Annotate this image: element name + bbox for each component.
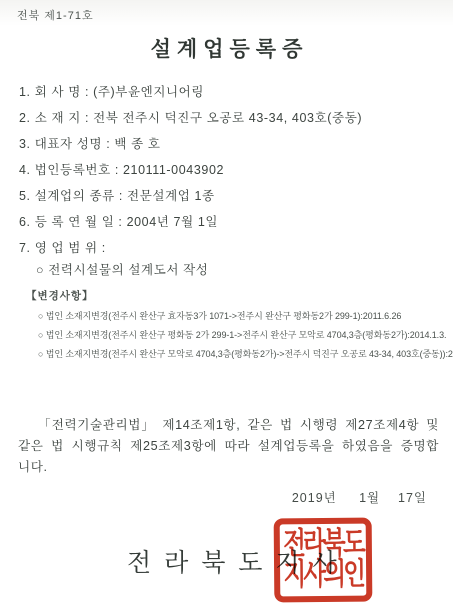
list-item-business-type: 5. 설계업의 종류 : 전문설계업 1종 [19,183,447,209]
document-number: 전북 제1-71호 [17,7,94,23]
list-item-address: 2. 소 재 지 : 전북 전주시 덕진구 오공로 43-34, 403호(중동… [19,105,447,131]
list-item-company-name: 1. 회 사 명 : (주)부윤엔지니어링 [19,79,447,105]
changes-header: 【변경사항】 [26,288,453,303]
certificate-page: 전북 제1-71호 설계업등록증 1. 회 사 명 : (주)부윤엔지니어링 2… [0,0,453,608]
business-scope-detail: ○ 전력시설물의 설계도서 작성 [19,261,447,281]
registration-info-list: 1. 회 사 명 : (주)부윤엔지니어링 2. 소 재 지 : 전북 전주시 … [19,79,447,281]
change-record: ○ 법인 소재지변경(전주시 완산구 모악로 4704,3층(평화동2가)->전… [26,345,453,364]
certificate-title: 설계업등록증 [0,33,453,63]
list-item-reg-date: 6. 등 록 연 월 일 : 2004년 7월 1일 [19,209,447,235]
certification-statement: 「전력기술관리법」 제14조제1항, 같은 법 시행령 제27조제4항 및 같은… [18,415,439,478]
seal-text-line2: 지사의인 [283,557,363,594]
change-record: ○ 법인 소재지변경(전주시 완산구 효자동3가 1071->전주시 완산구 평… [26,307,453,326]
issue-date: 2019년 1월 17일 [292,488,427,506]
official-seal: 전라북도 지사의인 [274,518,373,603]
list-item-representative: 3. 대표자 성명 : 백 종 호 [19,131,447,157]
list-item-business-scope: 7. 영 업 범 위 : [19,235,447,261]
list-item-corp-reg-no: 4. 법인등록번호 : 210111-0043902 [19,157,447,183]
change-record: ○ 법인 소재지변경(전주시 완산구 평화동 2가 299-1->전주시 완산구… [26,326,453,345]
changes-section: 【변경사항】 ○ 법인 소재지변경(전주시 완산구 효자동3가 1071->전주… [26,288,453,364]
